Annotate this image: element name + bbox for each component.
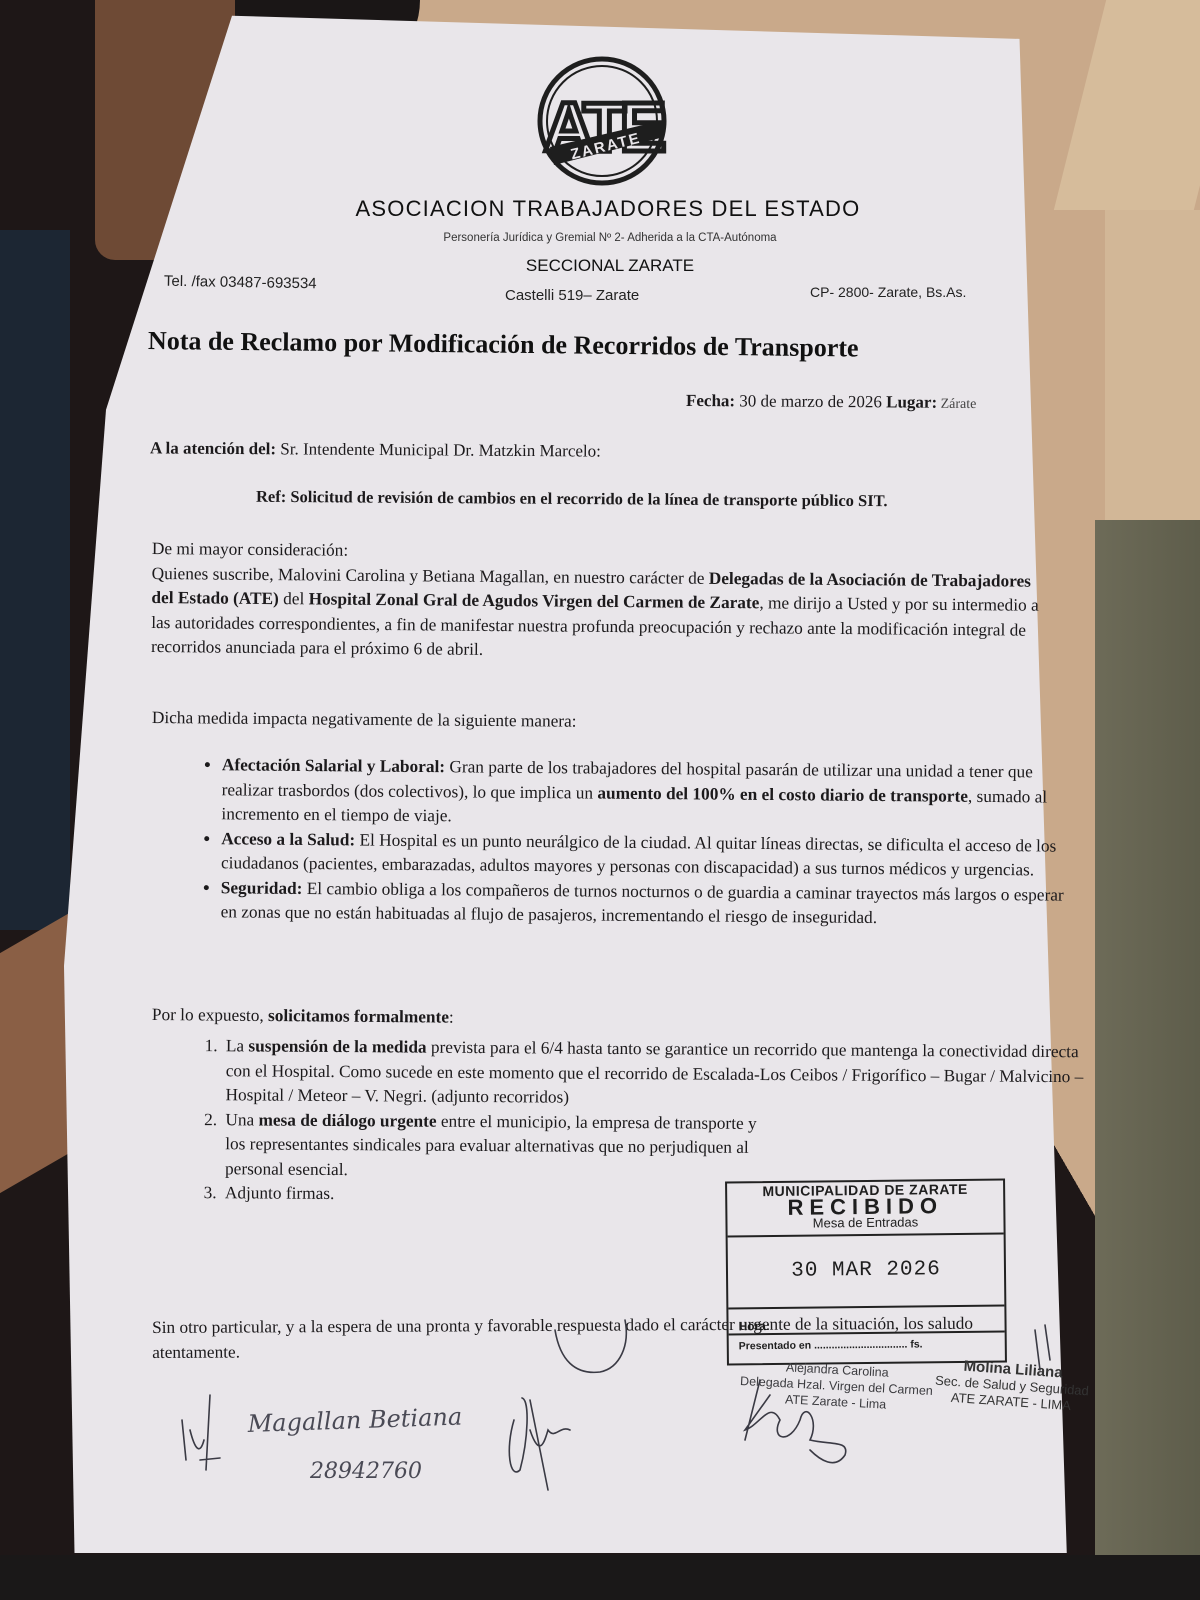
impact-label: Acceso a la Salud:: [221, 829, 355, 849]
request-text: Una: [225, 1110, 258, 1129]
place-label: Lugar:: [886, 392, 937, 411]
request-item: Una mesa de diálogo urgente entre el mun…: [221, 1108, 1101, 1188]
stamp-header: MUNICIPALIDAD DE ZARATE RECIBIDO Mesa de…: [727, 1181, 1004, 1238]
stamp-desk: Mesa de Entradas: [727, 1215, 1003, 1231]
request-text: La: [226, 1036, 249, 1055]
request-bold: suspensión de la medida: [248, 1036, 426, 1056]
intro-text: del: [279, 589, 309, 608]
handwritten-dni: 28942760: [309, 1459, 422, 1484]
ate-logo-icon: ATE ZARATE: [536, 55, 668, 187]
delegate-seal: Alejandra Carolina Delegada Hzal. Virgen…: [739, 1357, 934, 1415]
stamp-presented: Presentado en ..........................…: [729, 1333, 1005, 1358]
stamp-date: 30 MAR 2026: [728, 1235, 1005, 1310]
date-place-line: Fecha: 30 de marzo de 2026 Lugar: Zárate: [686, 391, 977, 413]
reference-line: Ref: Solicitud de revisión de cambios en…: [256, 487, 888, 511]
attention-label: A la atención del:: [150, 438, 276, 458]
secretary-seal: Molina Liliana Sec. de Salud y Seguridad…: [934, 1357, 1091, 1416]
place-value: Zárate: [937, 397, 976, 412]
attention-value: Sr. Intendente Municipal Dr. Matzkin Mar…: [276, 439, 601, 460]
intro-paragraph: De mi mayor consideración: Quienes suscr…: [151, 537, 1052, 667]
request-bold: mesa de diálogo urgente: [258, 1110, 436, 1130]
intro-bold: Hospital Zonal Gral de Agudos Virgen del…: [309, 589, 760, 612]
address: Castelli 519– Zarate: [505, 287, 639, 304]
date-label: Fecha:: [686, 391, 735, 410]
stamp-time-label: Hora:: [728, 1307, 1004, 1336]
signature-3: [509, 1398, 570, 1490]
seccional-label: SECCIONAL ZARATE: [480, 256, 740, 276]
impact-label: Afectación Salarial y Laboral:: [222, 755, 445, 776]
attention-line: A la atención del: Sr. Intendente Munici…: [150, 438, 601, 461]
date-value: 30 de marzo de 2026: [735, 391, 886, 411]
request-intro-colon: :: [449, 1008, 454, 1027]
request-intro-bold: solicitamos formalmente: [268, 1006, 449, 1027]
handwritten-name: Magallan Betiana: [246, 1403, 462, 1439]
impact-item: Seguridad: El cambio obliga a los compañ…: [221, 876, 1081, 933]
telephone: Tel. /fax 03487-693534: [164, 273, 317, 293]
impact-intro: Dicha medida impacta negativamente de la…: [152, 706, 1052, 738]
impact-list: Afectación Salarial y Laboral: Gran part…: [189, 753, 1082, 932]
organization-subtitle: Personería Jurídica y Gremial Nº 2- Adhe…: [400, 232, 820, 244]
request-text: Adjunto firmas.: [225, 1183, 335, 1203]
postal-code: CP- 2800- Zarate, Bs.As.: [810, 284, 966, 300]
impact-item: Afectación Salarial y Laboral: Gran part…: [221, 753, 1082, 834]
document-title: Nota de Reclamo por Modificación de Reco…: [148, 326, 859, 363]
impact-bold: aumento del 100% en el costo diario de t…: [597, 783, 968, 805]
impact-item: Acceso a la Salud: El Hospital es un pun…: [221, 827, 1081, 884]
intro-text: Quienes suscribe, Malovini Carolina y Be…: [152, 563, 709, 587]
impact-label: Seguridad:: [221, 878, 303, 898]
organization-name: ASOCIACION TRABAJADORES DEL ESTADO: [338, 196, 878, 222]
reception-stamp: MUNICIPALIDAD DE ZARATE RECIBIDO Mesa de…: [725, 1179, 1007, 1366]
request-intro: Por lo expuesto, solicitamos formalmente…: [152, 1003, 1052, 1035]
signature-1: [182, 1395, 220, 1470]
request-intro-text: Por lo expuesto,: [152, 1005, 268, 1025]
impact-text: El cambio obliga a los compañeros de tur…: [221, 878, 1064, 927]
request-item: La suspensión de la medida prevista para…: [221, 1034, 1101, 1114]
letter: ATE ZARATE ASOCIACION TRABAJADORES DEL E…: [0, 0, 1200, 1600]
